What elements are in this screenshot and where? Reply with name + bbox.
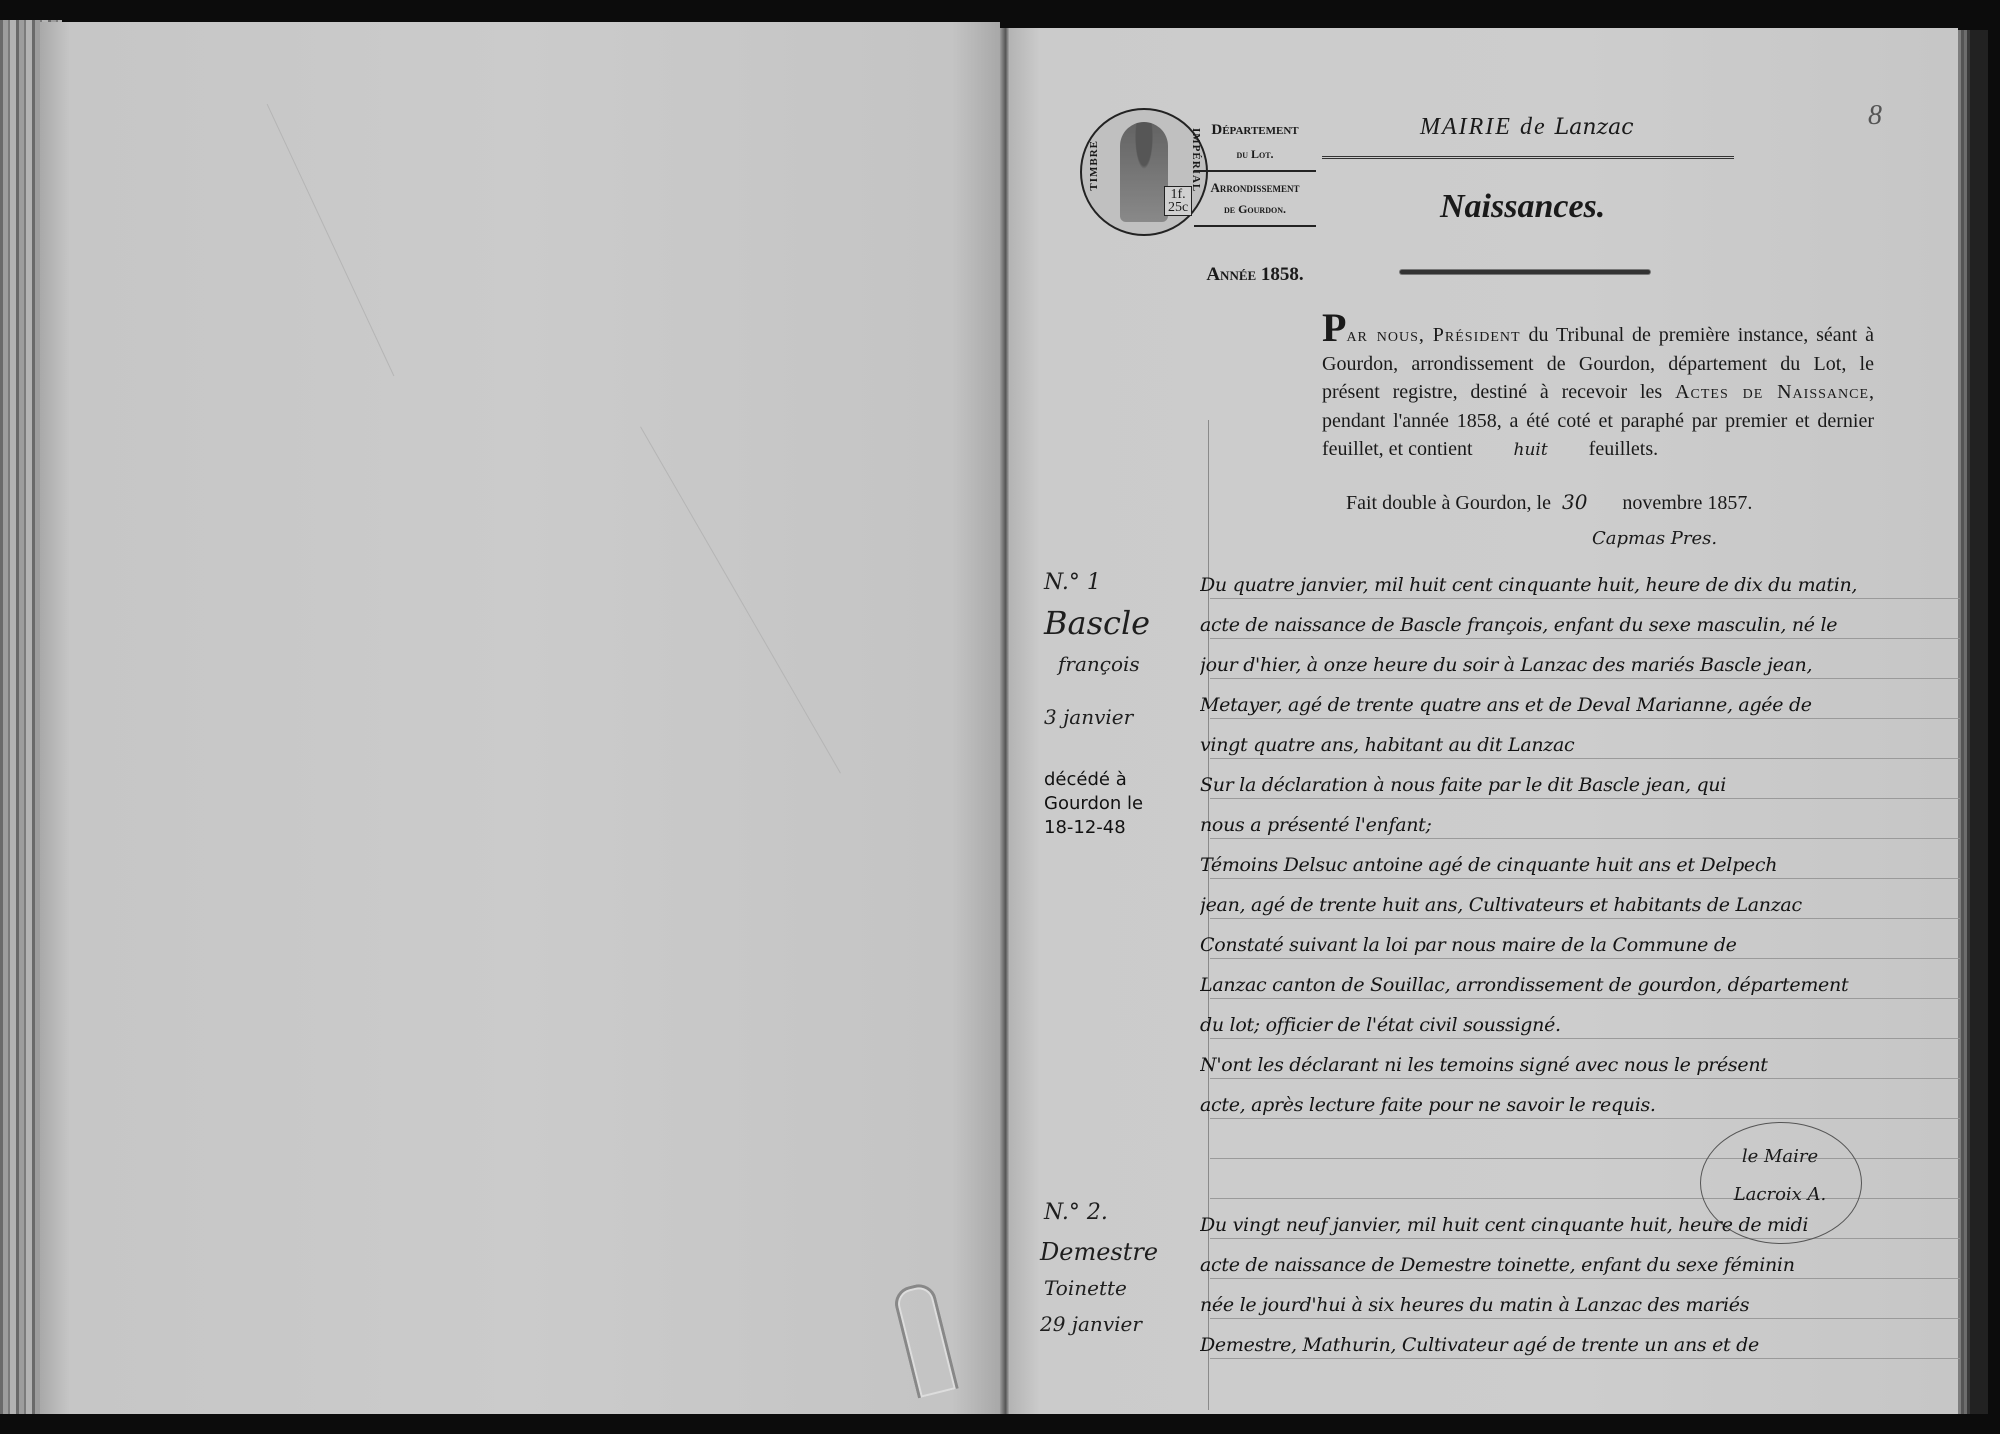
- entry-1-line: Du quatre janvier, mil huit cent cinquan…: [1200, 574, 1960, 596]
- entry-1-line: nous a présenté l'enfant;: [1200, 814, 1960, 836]
- entry-2-surname: Demestre: [1040, 1238, 1158, 1266]
- ornamental-rule: [1400, 270, 1650, 274]
- president-signature: Capmas Pres.: [1592, 528, 1717, 549]
- fiscal-stamp: TIMBRE IMPÉRIAL 1f. 25c: [1080, 108, 1208, 236]
- ruled-line: [1210, 838, 1960, 839]
- divider: [1194, 170, 1316, 172]
- entry-1-line: jean, agé de trente huit ans, Cultivateu…: [1200, 894, 1960, 916]
- ruled-line: [1210, 998, 1960, 999]
- entry-1-given-name: françois: [1058, 652, 1140, 676]
- department-label: Département: [1190, 122, 1320, 139]
- ruled-line: [1210, 1118, 1960, 1119]
- entry-1-line: acte, après lecture faite pour ne savoir…: [1200, 1094, 1960, 1116]
- dated-line: Fait double à Gourdon, le 30 novembre 18…: [1346, 490, 1752, 515]
- ruled-line: [1210, 1318, 1960, 1319]
- entry-1-line: du lot; officier de l'état civil soussig…: [1200, 1014, 1960, 1036]
- arrondissement-name: de Gourdon.: [1190, 202, 1320, 217]
- ruled-line: [1210, 1278, 1960, 1279]
- entry-2-line: née le jourd'hui à six heures du matin à…: [1200, 1294, 1960, 1316]
- entry-1-line: acte de naissance de Bascle françois, en…: [1200, 614, 1960, 636]
- commune-handwritten: Lanzac: [1555, 115, 1634, 140]
- stamp-ring-left: TIMBRE: [1088, 140, 1100, 191]
- page-number: 8: [1868, 100, 1882, 132]
- page-title: Naissances.: [1440, 188, 1605, 226]
- entry-2-date: 29 janvier: [1040, 1312, 1142, 1336]
- divider: [1194, 225, 1316, 227]
- ruled-line: [1210, 958, 1960, 959]
- entry-1-line: N'ont les déclarant ni les temoins signé…: [1200, 1054, 1960, 1076]
- ruled-line: [1210, 638, 1960, 639]
- ruled-line: [1210, 918, 1960, 919]
- entry-1-death-annotation: décédé à Gourdon le 18-12-48: [1044, 768, 1143, 840]
- ruled-line: [1210, 1078, 1960, 1079]
- ruled-line: [1210, 718, 1960, 719]
- entry-1-line: Sur la déclaration à nous faite par le d…: [1200, 774, 1960, 796]
- right-page-edges: [1958, 30, 1988, 1414]
- entry-1-number: N.° 1: [1044, 570, 1101, 595]
- mairie-heading: MAIRIE de Lanzac: [1420, 114, 1634, 141]
- entry-1-line: jour d'hier, à onze heure du soir à Lanz…: [1200, 654, 1960, 676]
- mayor-signature: le Maire Lacroix A.: [1720, 1138, 1840, 1214]
- ruled-line: [1210, 878, 1960, 879]
- entry-2-line: Du vingt neuf janvier, mil huit cent cin…: [1200, 1214, 1960, 1236]
- entry-1-date: 3 janvier: [1044, 705, 1133, 729]
- entry-1-line: Témoins Delsuc antoine agé de cinquante …: [1200, 854, 1960, 876]
- entry-2-number: N.° 2.: [1044, 1200, 1108, 1225]
- ruled-line: [1210, 598, 1960, 599]
- arrondissement-label: Arrondissement: [1190, 180, 1320, 196]
- entry-2-line: acte de naissance de Demestre toinette, …: [1200, 1254, 1960, 1276]
- entry-1-line: Lanzac canton de Souillac, arrondissemen…: [1200, 974, 1960, 996]
- ruled-line: [1210, 1038, 1960, 1039]
- left-page-blank: [40, 22, 1000, 1414]
- entry-1-surname: Bascle: [1044, 604, 1150, 642]
- entry-1-line: vingt quatre ans, habitant au dit Lanzac: [1200, 734, 1960, 756]
- ruled-line: [1210, 798, 1960, 799]
- entry-1-line: Constaté suivant la loi par nous maire d…: [1200, 934, 1960, 956]
- year-label: Année 1858.: [1190, 264, 1320, 286]
- header-rule: [1322, 156, 1734, 159]
- ruled-line: [1210, 1358, 1960, 1359]
- ruled-line: [1210, 1238, 1960, 1239]
- ruled-line: [1210, 678, 1960, 679]
- entry-2-line: Demestre, Mathurin, Cultivateur agé de t…: [1200, 1334, 1960, 1356]
- leaf-count-handwritten: huit: [1478, 440, 1584, 460]
- justice-figure-icon: [1120, 122, 1168, 222]
- certification-paragraph: Par nous, Président du Tribunal de premi…: [1322, 318, 1874, 465]
- ruled-line: [1210, 758, 1960, 759]
- entry-1-line: Metayer, agé de trente quatre ans et de …: [1200, 694, 1960, 716]
- department-name: du Lot.: [1190, 147, 1320, 162]
- department-block: Département du Lot. Arrondissement de Go…: [1190, 122, 1320, 235]
- stamp-price: 1f. 25c: [1164, 186, 1192, 216]
- entry-2-given-name: Toinette: [1044, 1276, 1127, 1300]
